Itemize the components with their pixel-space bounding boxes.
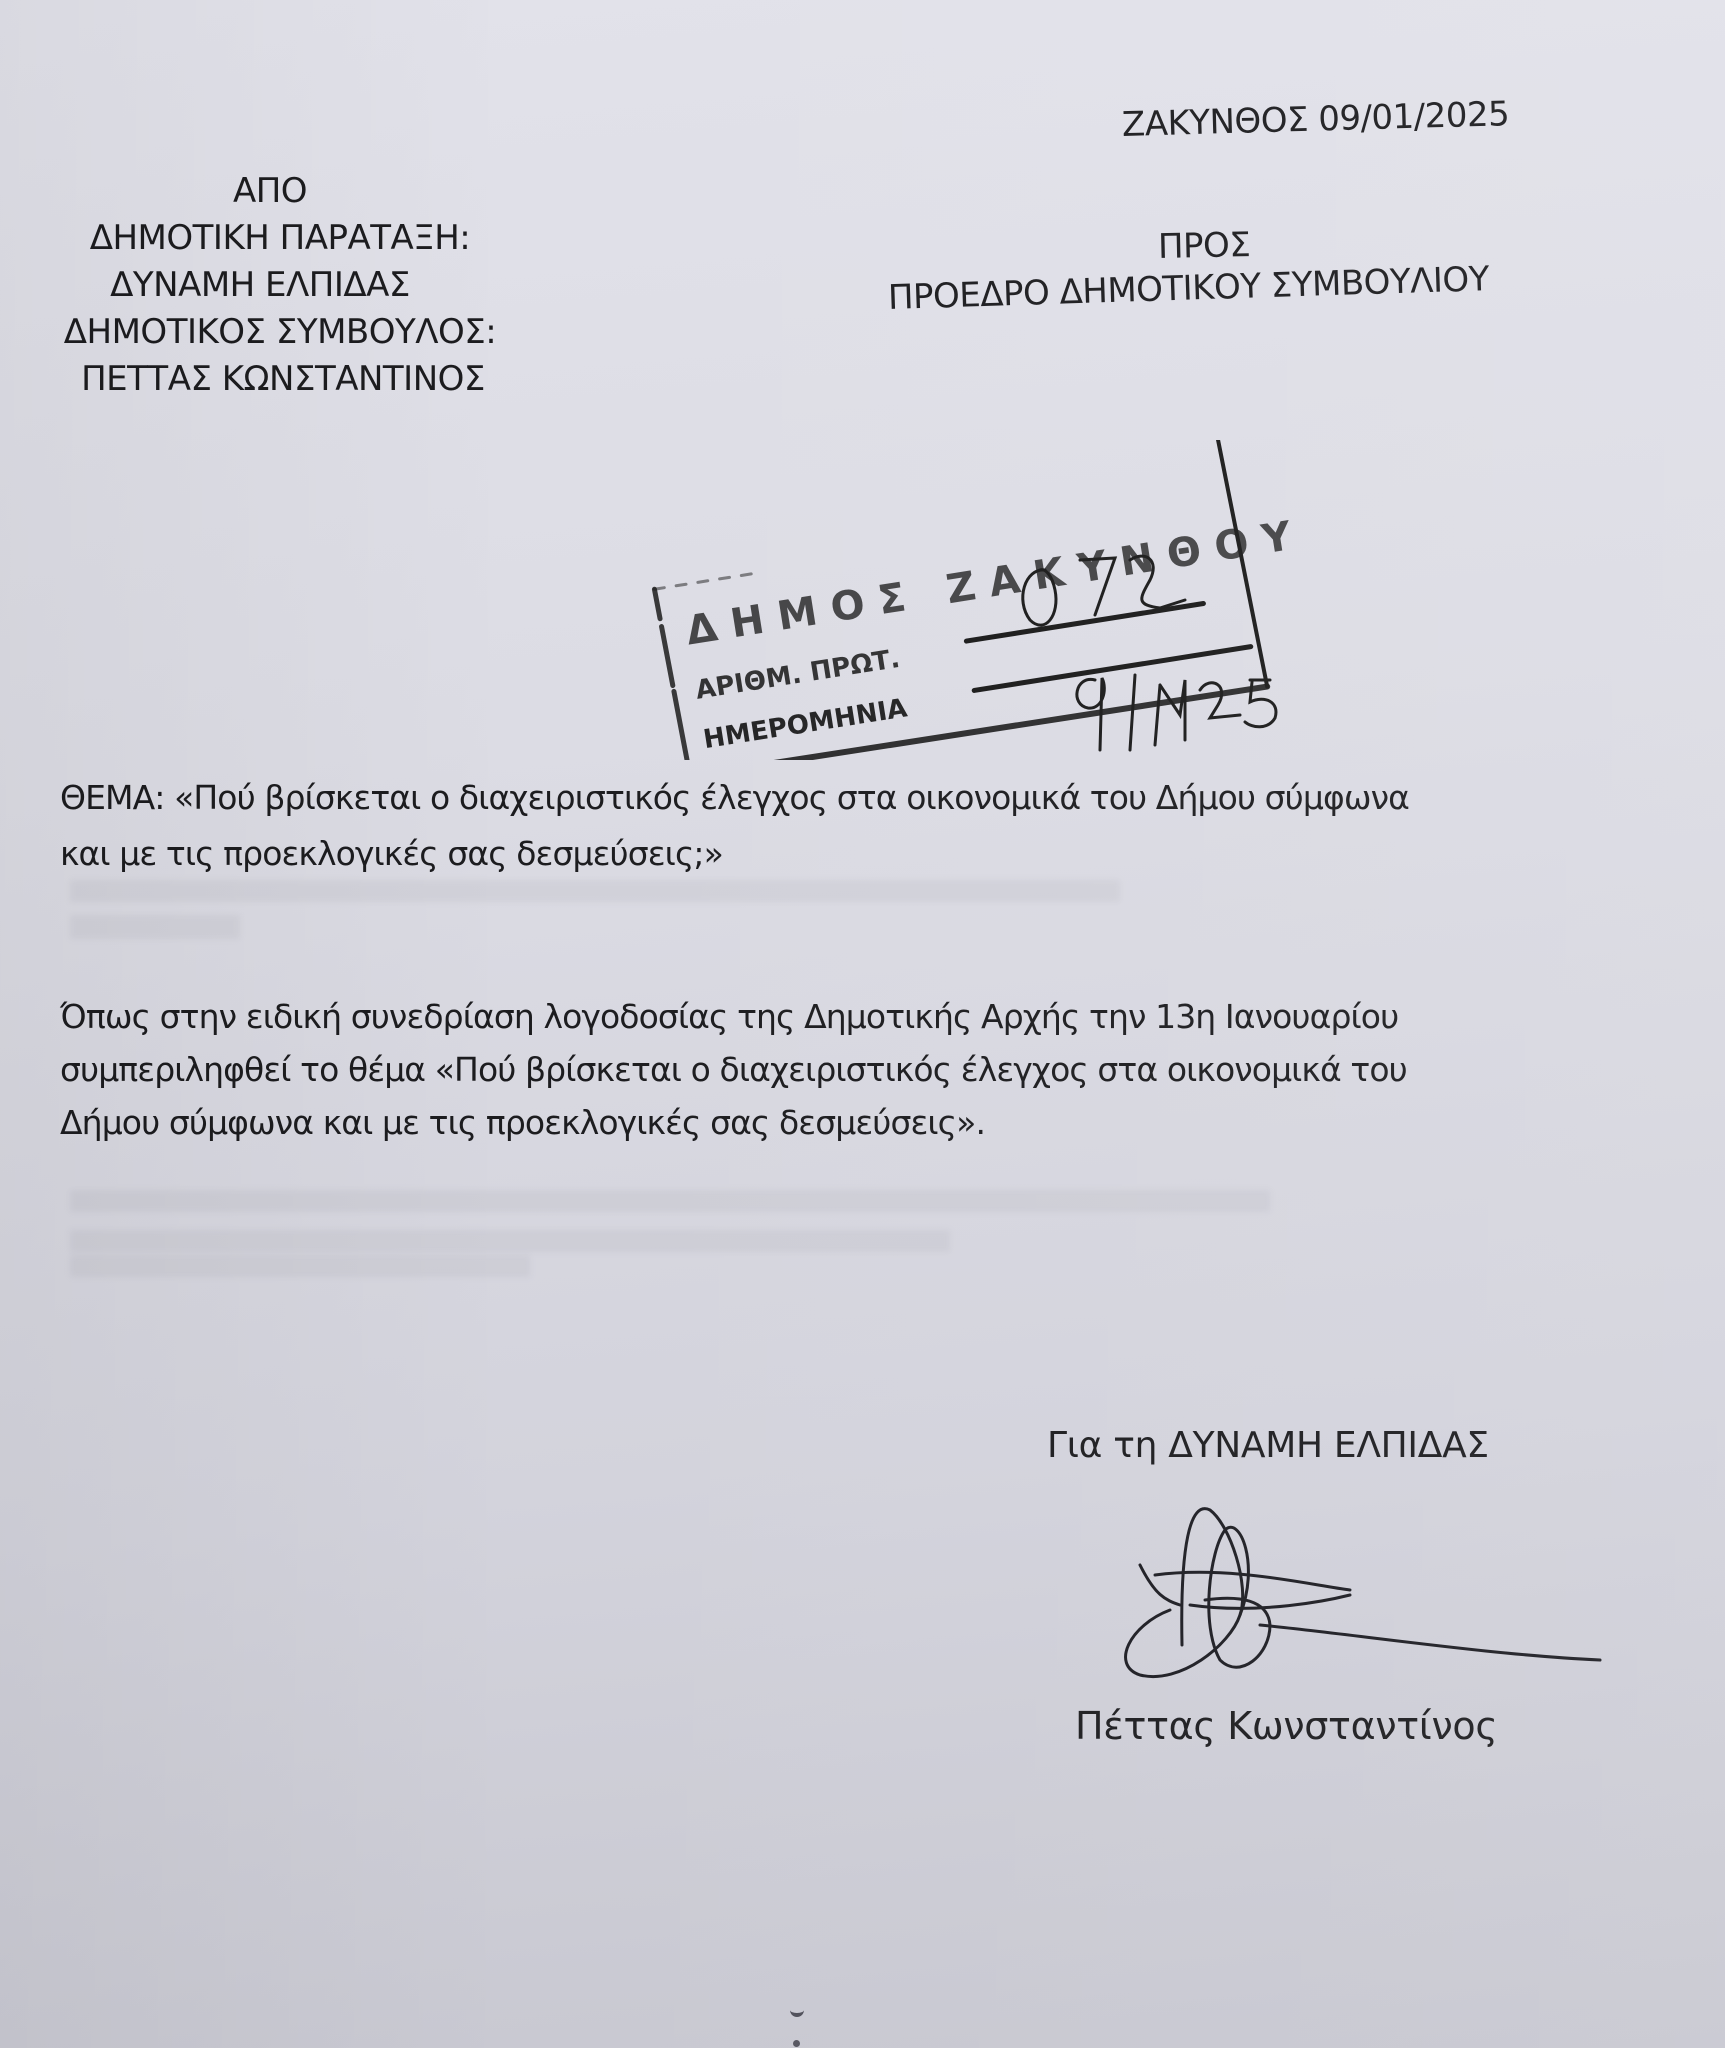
sender-block: ΑΠΟ ΔΗΜΟΤΙΚΗ ΠΑΡΑΤΑΞΗ: ΔΥΝΑΜΗ ΕΛΠΙΔΑΣ ΔΗ…	[40, 168, 520, 403]
stamp-title: ΔΗΜΟΣ ΖΑΚΥΝΘΟΥ	[683, 511, 1300, 654]
bleed-through-text	[70, 880, 1120, 902]
bleed-through-text	[70, 1255, 530, 1277]
subject-line: και με τις προεκλογικές σας δεσμεύσεις;»	[60, 826, 1409, 882]
scan-artifact-mark	[790, 2005, 804, 2017]
recipient-name: ΠΡΟΕΔΡΟ ΔΗΜΟΤΙΚΟΥ ΣΥΜΒΟΥΛΙΟΥ	[887, 262, 1489, 315]
protocol-stamp: ΔΗΜΟΣ ΖΑΚΥΝΘΟΥ ΑΡΙΘΜ. ΠΡΩΤ. ΗΜΕΡΟΜΗΝΙΑ	[640, 440, 1300, 760]
role-label: ΔΗΜΟΤΙΚΟΣ ΣΥΜΒΟΥΛΟΣ:	[40, 309, 520, 356]
handwritten-signature	[1110, 1505, 1620, 1695]
faction-label: ΔΗΜΟΤΙΚΗ ΠΑΡΑΤΑΞΗ:	[40, 215, 520, 262]
faction-name: ΔΥΝΑΜΗ ΕΛΠΙΔΑΣ	[0, 262, 520, 309]
body-line: Δήμου σύμφωνα και με τις προεκλογικές σα…	[60, 1096, 1407, 1149]
signer-name: Πέττας Κωνσταντίνος	[1075, 1707, 1497, 1745]
scan-artifact-dot	[793, 2040, 800, 2047]
subject-line: ΘΕΜΑ: «Πού βρίσκεται ο διαχειριστικός έλ…	[60, 770, 1409, 826]
sender-name: ΠΕΤΤΑΣ ΚΩΝΣΤΑΝΤΙΝΟΣ	[46, 356, 520, 403]
place-date: ΖΑΚΥΝΘΟΣ 09/01/2025	[1122, 97, 1510, 142]
stamp-protocol-label: ΑΡΙΘΜ. ΠΡΩΤ.	[694, 644, 902, 706]
from-label: ΑΠΟ	[20, 168, 520, 215]
body-line: συμπεριληφθεί το θέμα «Πού βρίσκεται ο δ…	[60, 1043, 1407, 1096]
bleed-through-text	[70, 1230, 950, 1252]
recipient-label: ΠΡΟΣ	[1158, 228, 1251, 264]
bleed-through-text	[70, 1190, 1270, 1212]
subject-paragraph: ΘΕΜΑ: «Πού βρίσκεται ο διαχειριστικός έλ…	[60, 770, 1409, 882]
closing-on-behalf: Για τη ΔΥΝΑΜΗ ΕΛΠΙΔΑΣ	[1047, 1428, 1489, 1464]
body-paragraph: Όπως στην ειδική συνεδρίαση λογοδοσίας τ…	[60, 990, 1407, 1149]
scanned-letter-page: ΖΑΚΥΝΘΟΣ 09/01/2025 ΑΠΟ ΔΗΜΟΤΙΚΗ ΠΑΡΑΤΑΞ…	[0, 0, 1725, 2048]
body-line: Όπως στην ειδική συνεδρίαση λογοδοσίας τ…	[60, 990, 1407, 1043]
bleed-through-text	[70, 915, 240, 939]
